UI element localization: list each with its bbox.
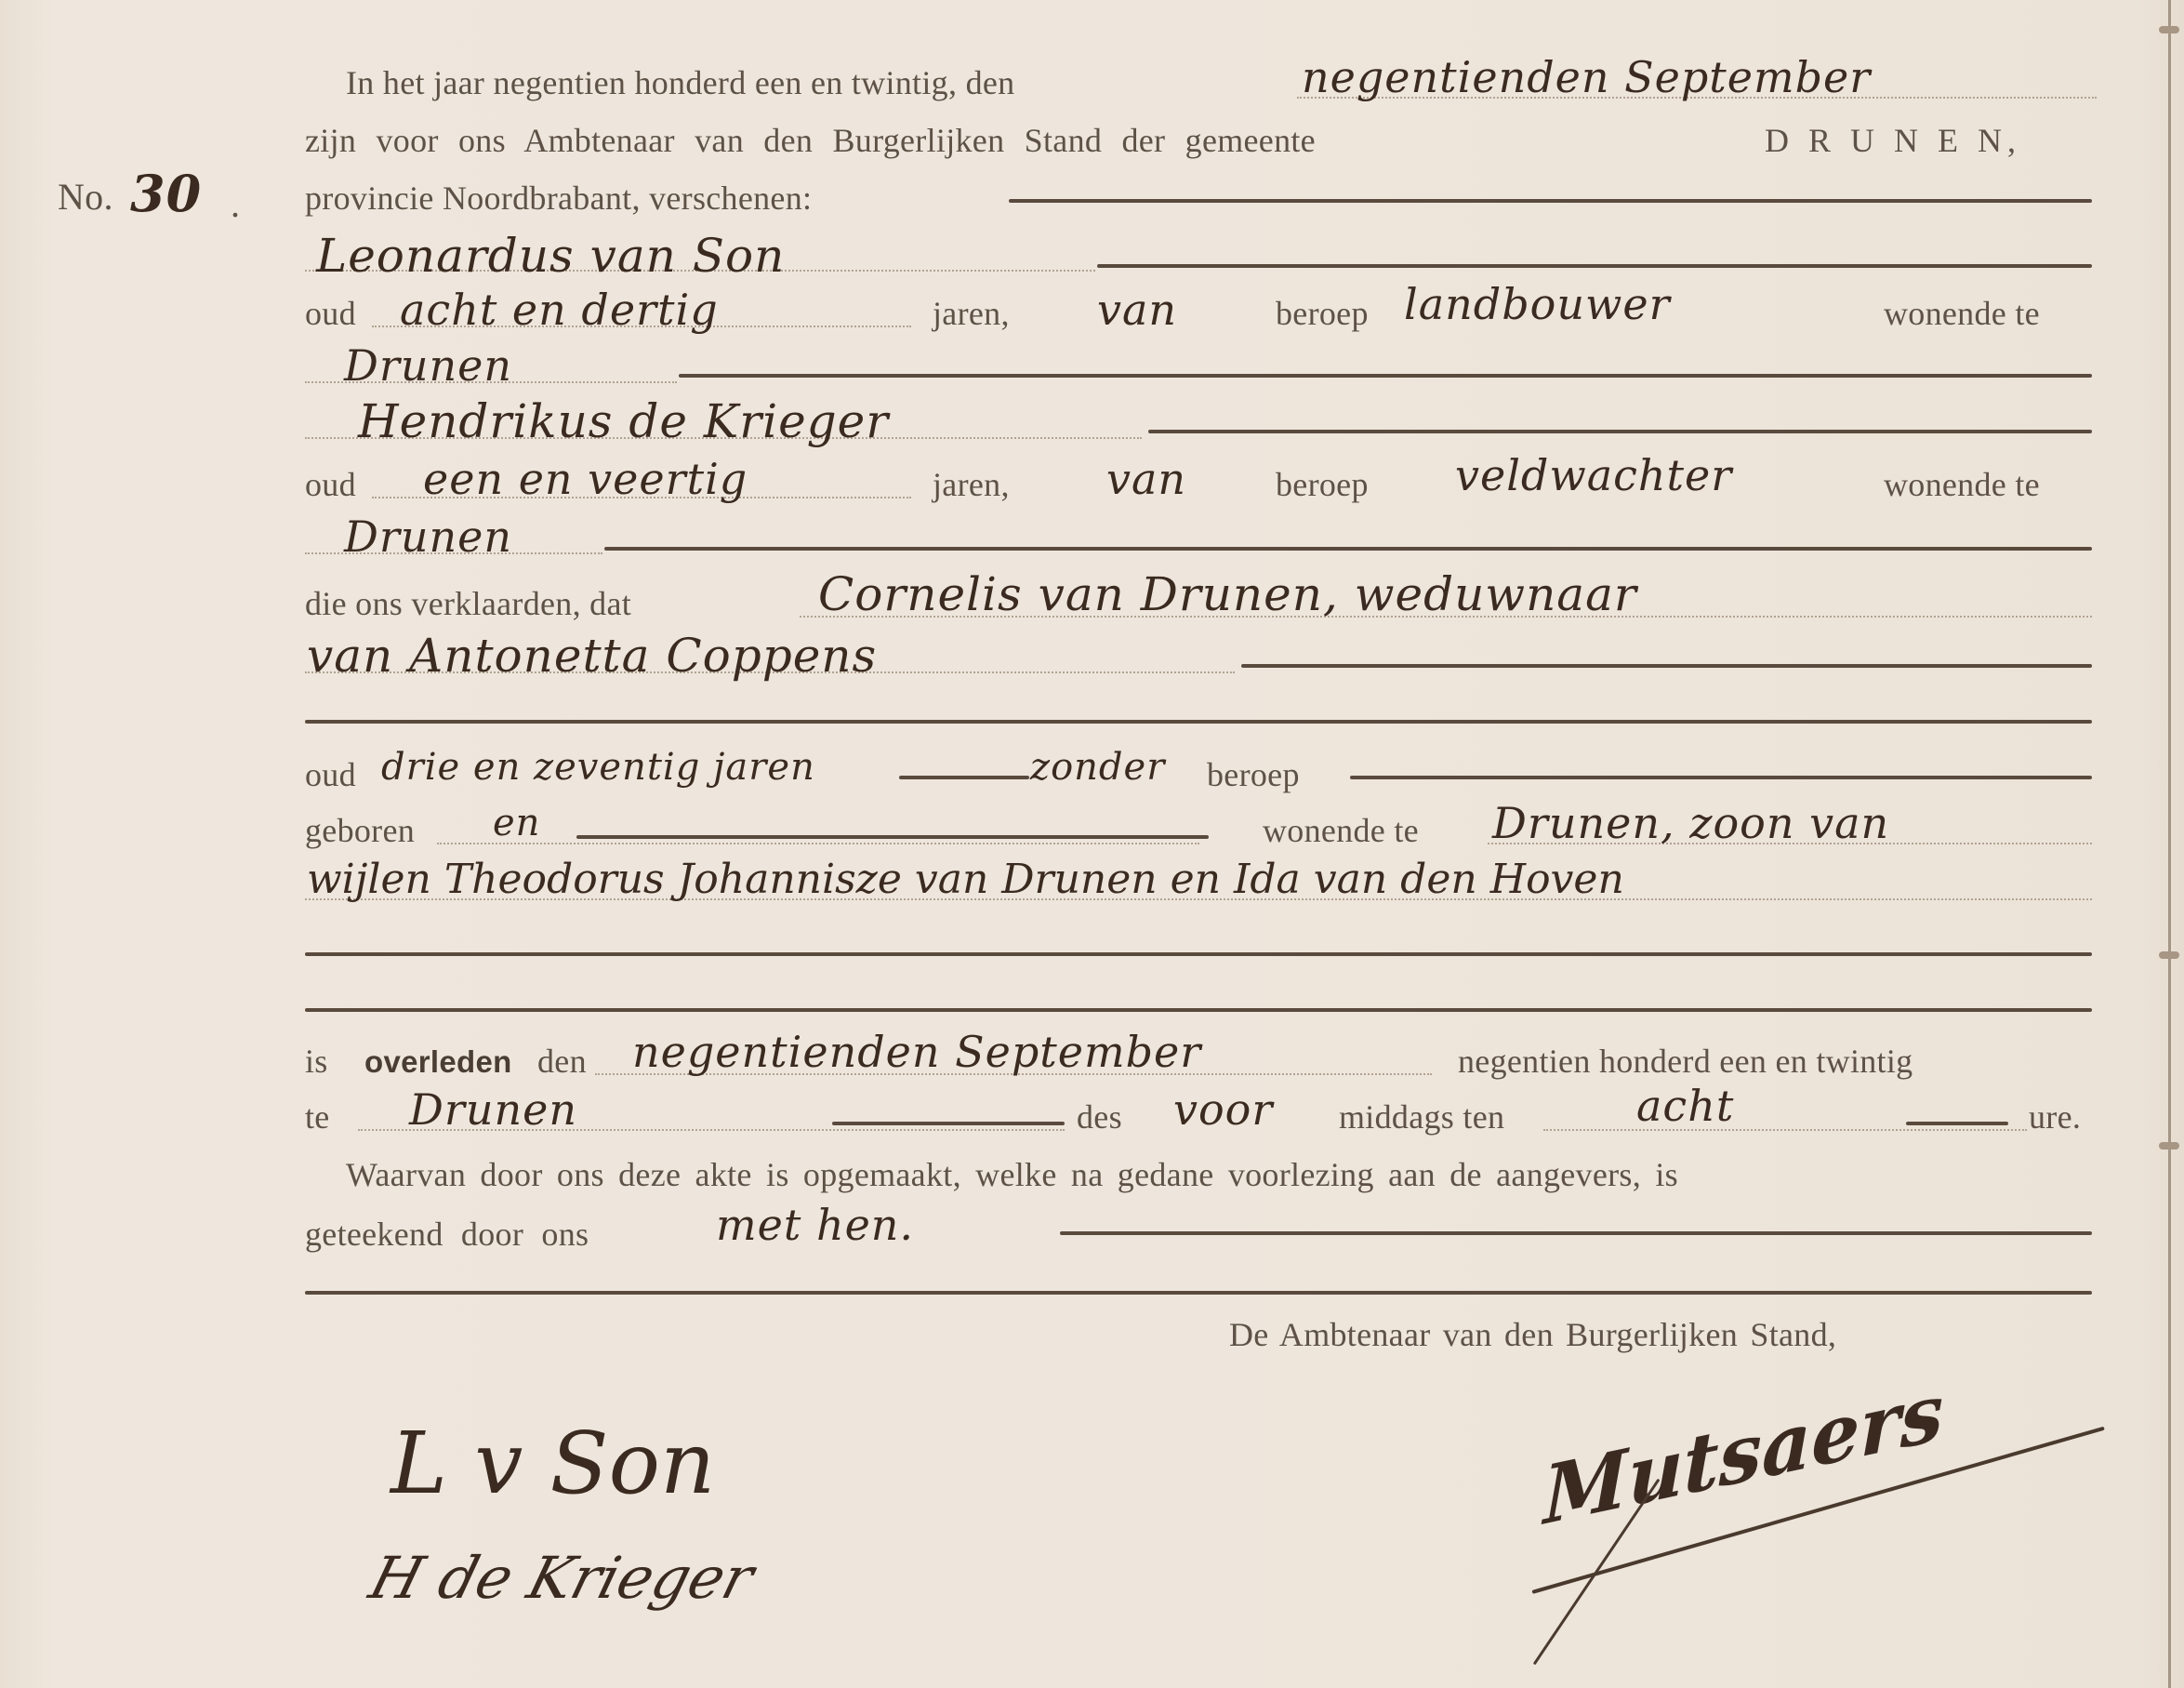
blank-rule bbox=[1350, 776, 2092, 779]
province-text: provincie Noordbrabant, verschenen: bbox=[305, 179, 812, 218]
label-jaren: jaren, bbox=[933, 465, 1010, 504]
label-van: van bbox=[1106, 454, 1186, 504]
deceased-spouse: van Antonetta Coppens bbox=[307, 629, 877, 683]
deceased-occupation: zonder bbox=[1030, 746, 1165, 789]
municipality-name: D R U N E N, bbox=[1765, 121, 2021, 160]
death-place: Drunen bbox=[409, 1084, 577, 1135]
blank-rule bbox=[1241, 664, 2092, 668]
label-beroep: beroep bbox=[1276, 294, 1369, 333]
label-jaren: jaren, bbox=[933, 294, 1010, 333]
death-date: negentienden September bbox=[632, 1027, 1201, 1077]
label-beroep: beroep bbox=[1207, 755, 1300, 794]
signed-with: met hen. bbox=[716, 1200, 914, 1250]
signature-declarant-1: L v Son bbox=[390, 1414, 715, 1513]
label-wonende-te: wonende te bbox=[1263, 811, 1419, 850]
declarant-1-residence: Drunen bbox=[344, 340, 512, 391]
record-number-label: No. bbox=[58, 175, 113, 219]
blank-rule bbox=[899, 776, 1029, 779]
declarant-2-age: een en veertig bbox=[423, 454, 748, 504]
deceased-residence: Drunen, zoon van bbox=[1492, 798, 1889, 848]
blank-rule bbox=[305, 1291, 2092, 1295]
label-oud: oud bbox=[305, 465, 356, 504]
blank-rule bbox=[832, 1122, 1065, 1125]
label-middags-ten: middags ten bbox=[1339, 1097, 1504, 1136]
label-beroep: beroep bbox=[1276, 465, 1369, 504]
label-overleden: overleden bbox=[364, 1042, 512, 1081]
declarant-1-occupation: landbouwer bbox=[1404, 279, 1671, 329]
blank-rule bbox=[305, 1008, 2092, 1012]
binding-stitch bbox=[2159, 26, 2179, 33]
binding-stitch bbox=[2159, 1142, 2179, 1150]
fill-line bbox=[1543, 1129, 2027, 1131]
declarant-2-occupation: veldwachter bbox=[1455, 450, 1732, 500]
officer-text: zijn voor ons Ambtenaar van den Burgerli… bbox=[305, 121, 1316, 160]
record-number-suffix: . bbox=[231, 182, 240, 226]
closing-text: Waarvan door ons deze akte is opgemaakt,… bbox=[346, 1155, 1678, 1194]
label-te: te bbox=[305, 1097, 330, 1136]
label-oud: oud bbox=[305, 294, 356, 333]
label-den: den bbox=[537, 1042, 587, 1081]
signature-official: Mutsaers bbox=[1543, 1363, 1943, 1543]
death-year: negentien honderd een en twintig bbox=[1458, 1042, 1913, 1081]
declarant-2-residence: Drunen bbox=[344, 512, 512, 562]
official-title: De Ambtenaar van den Burgerlijken Stand, bbox=[1229, 1315, 1836, 1354]
label-van: van bbox=[1097, 285, 1177, 335]
blank-rule bbox=[1148, 430, 2092, 433]
death-hour: acht bbox=[1636, 1081, 1734, 1131]
fill-line bbox=[437, 843, 1199, 844]
blank-rule bbox=[1009, 199, 2092, 203]
blank-rule bbox=[1060, 1231, 2092, 1235]
deceased-birthplace: en bbox=[493, 802, 540, 844]
blank-rule bbox=[679, 374, 2092, 378]
blank-rule bbox=[305, 952, 2092, 956]
label-wonende-te: wonende te bbox=[1884, 465, 2040, 504]
record-number-value: 30 bbox=[130, 164, 202, 223]
declaration-text: die ons verklaarden, dat bbox=[305, 584, 631, 623]
declaration-date: negentienden September bbox=[1302, 52, 1871, 102]
binding-stitch bbox=[2159, 951, 2179, 959]
deceased-parents: wijlen Theodorus Johannisze van Drunen e… bbox=[307, 856, 1624, 903]
intro-text: In het jaar negentien honderd een en twi… bbox=[346, 63, 1014, 102]
book-binding-edge bbox=[2168, 0, 2171, 1688]
blank-rule bbox=[305, 720, 2092, 724]
signed-by-text: geteekend door ons bbox=[305, 1215, 589, 1254]
declarant-1-name: Leonardus van Son bbox=[316, 229, 785, 283]
declarant-2-name: Hendrikus de Krieger bbox=[358, 394, 889, 448]
blank-rule bbox=[1906, 1122, 2008, 1125]
label-wonende-te: wonende te bbox=[1884, 294, 2040, 333]
declarant-1-age: acht en dertig bbox=[400, 285, 719, 335]
document-page: No. 30 . In het jaar negentien honderd e… bbox=[0, 0, 2184, 1688]
deceased-age: drie en zeventig jaren bbox=[381, 746, 815, 789]
label-geboren: geboren bbox=[305, 811, 415, 850]
blank-rule bbox=[1097, 264, 2092, 268]
deceased-name: Cornelis van Drunen, weduwnaar bbox=[818, 567, 1637, 621]
label-des: des bbox=[1077, 1097, 1122, 1136]
label-ure: ure. bbox=[2029, 1097, 2081, 1136]
blank-rule bbox=[604, 547, 2092, 551]
label-is: is bbox=[305, 1042, 328, 1081]
label-oud: oud bbox=[305, 755, 356, 794]
time-of-day: voor bbox=[1173, 1084, 1273, 1135]
signature-declarant-2: H de Krieger bbox=[363, 1544, 761, 1612]
blank-rule bbox=[576, 835, 1209, 839]
